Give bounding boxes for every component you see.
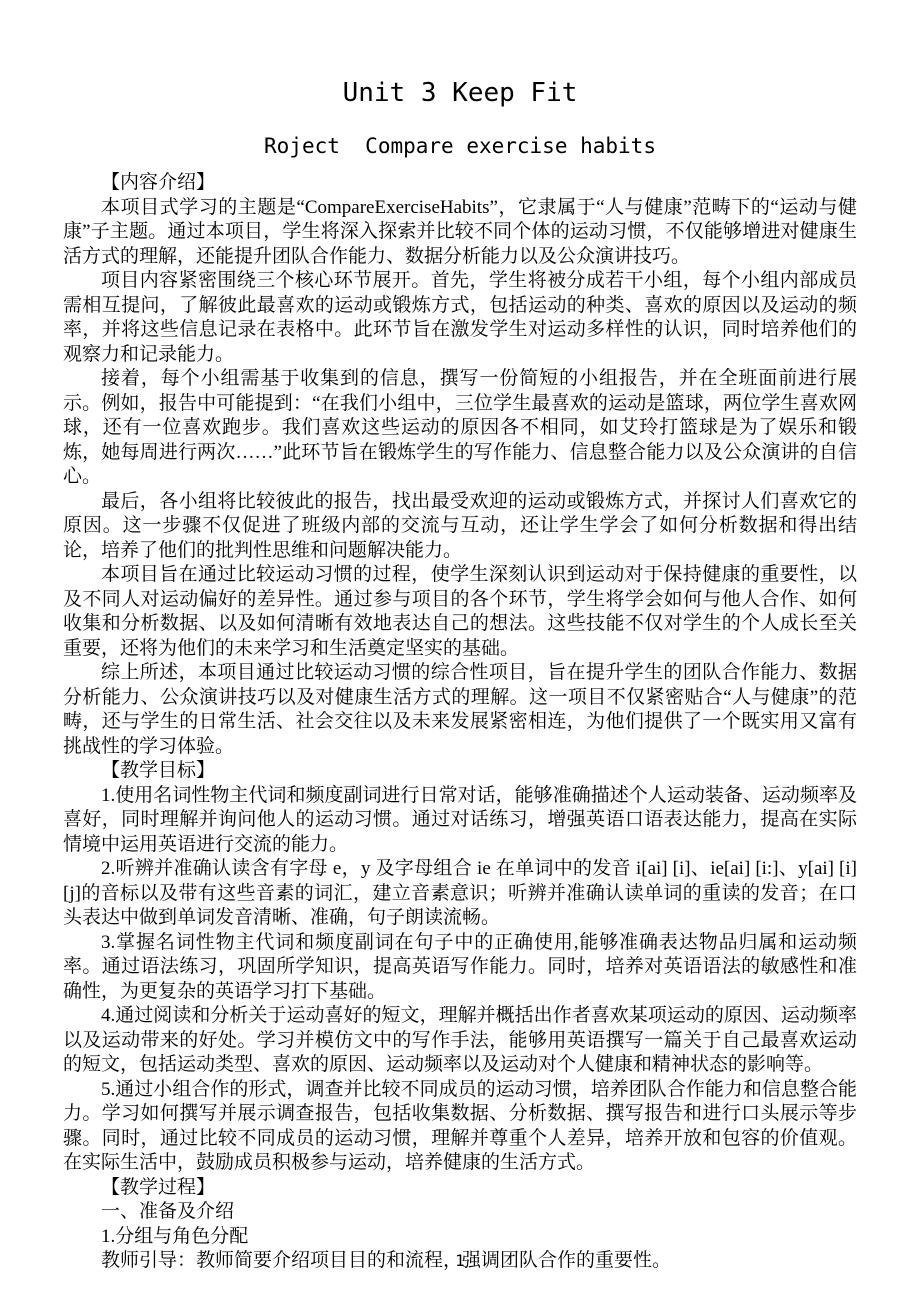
document-subtitle: Roject Compare exercise habits <box>63 134 857 159</box>
paragraph-objective-2: 2.听辨并准确认读含有字母 e，y 及字母组合 ie 在单词中的发音 i[ai]… <box>63 857 857 931</box>
document-title: Unit 3 Keep Fit <box>63 78 857 108</box>
paragraph: 本项目式学习的主题是“CompareExerciseHabits”，它隶属于“人… <box>63 196 857 270</box>
paragraph-objective-1: 1.使用名词性物主代词和频度副词进行日常对话，能够准确描述个人运动装备、运动频率… <box>63 784 857 858</box>
paragraph: 接着，每个小组需基于收集到的信息，撰写一份简短的小组报告，并在全班面前进行展示。… <box>63 367 857 490</box>
section-heading-teaching-process: 【教学过程】 <box>63 1176 857 1201</box>
paragraph: 最后，各小组将比较彼此的报告，找出最受欢迎的运动或锻炼方式，并探讨人们喜欢它的原… <box>63 490 857 564</box>
document-body: 【内容介绍】 本项目式学习的主题是“CompareExerciseHabits”… <box>63 171 857 1274</box>
section-heading-content-intro: 【内容介绍】 <box>63 171 857 196</box>
paragraph: 项目内容紧密围绕三个核心环节展开。首先，学生将被分成若干小组，每个小组内部成员需… <box>63 269 857 367</box>
paragraph: 本项目旨在通过比较运动习惯的过程，使学生深刻认识到运动对于保持健康的重要性，以及… <box>63 563 857 661</box>
paragraph-step-heading: 一、准备及介绍 <box>63 1200 857 1225</box>
paragraph-objective-3: 3.掌握名词性物主代词和频度副词在句子中的正确使用,能够准确表达物品归属和运动频… <box>63 931 857 1005</box>
paragraph-substep: 1.分组与角色分配 <box>63 1225 857 1250</box>
paragraph-objective-4: 4.通过阅读和分析关于运动喜好的短文，理解并概括出作者喜欢某项运动的原因、运动频… <box>63 1004 857 1078</box>
document-page: Unit 3 Keep Fit Roject Compare exercise … <box>0 0 920 1302</box>
paragraph: 综上所述，本项目通过比较运动习惯的综合性项目，旨在提升学生的团队合作能力、数据分… <box>63 661 857 759</box>
section-heading-teaching-objectives: 【教学目标】 <box>63 759 857 784</box>
paragraph-objective-5: 5.通过小组合作的形式，调查并比较不同成员的运动习惯，培养团队合作能力和信息整合… <box>63 1078 857 1176</box>
page-number: 1 <box>0 1252 920 1270</box>
